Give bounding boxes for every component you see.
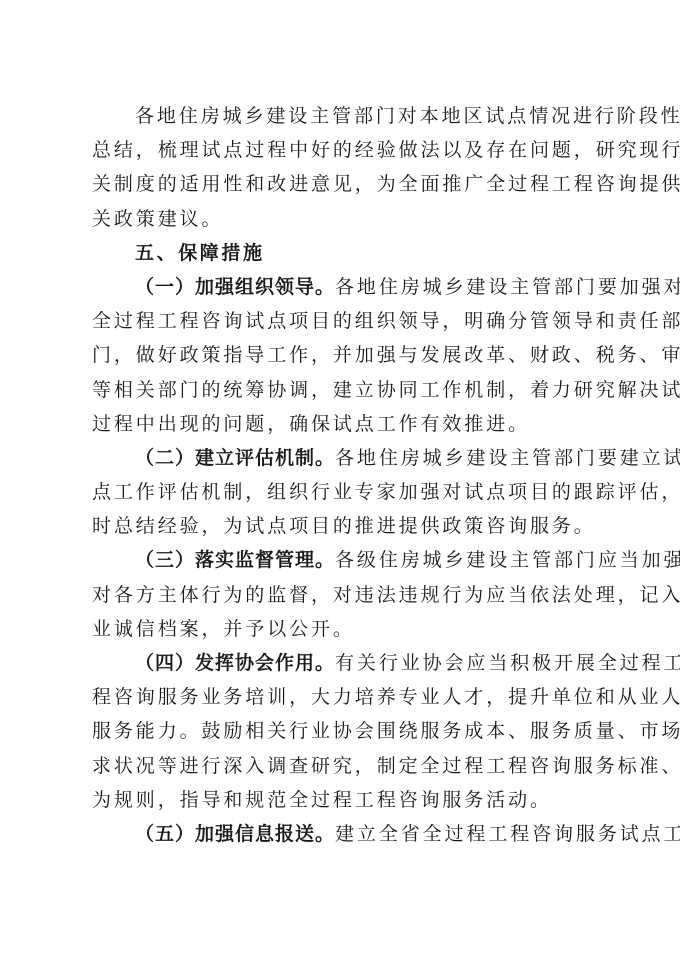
subsection-line: （四）发挥协会作用。有关行业协会应当积极开展全过程工: [92, 646, 596, 680]
subsection-title: （三）落实监督管理。: [135, 549, 335, 571]
subsection-title: （二）建立评估机制。: [135, 447, 335, 469]
line-text: 全过程工程咨询试点项目的组织领导，明确分管领导和责任部: [92, 310, 680, 332]
subsection-title: （四）发挥协会作用。: [135, 652, 335, 674]
subsection-title: （五）加强信息报送。: [135, 823, 335, 845]
line-text: 为规则，指导和规范全过程工程咨询服务活动。: [92, 789, 552, 811]
line-text: 时总结经验，为试点项目的推进提供政策咨询服务。: [92, 515, 596, 537]
line-text: 建立全省全过程工程咨询服务试点工: [335, 823, 680, 845]
paragraph-line: 门，做好政策指导工作，并加强与发展改革、财政、税务、审计: [92, 338, 596, 372]
line-text: 点工作评估机制，组织行业专家加强对试点项目的跟踪评估，及: [92, 481, 680, 503]
line-text: 程咨询服务业务培训，大力培养专业人才，提升单位和从业人员: [92, 686, 680, 708]
subsection-line: （二）建立评估机制。各地住房城乡建设主管部门要建立试: [92, 441, 596, 475]
paragraph-line: 时总结经验，为试点项目的推进提供政策咨询服务。: [92, 509, 596, 543]
subsection-line: （三）落实监督管理。各级住房城乡建设主管部门应当加强: [92, 543, 596, 577]
line-text: 各地住房城乡建设主管部门对本地区试点情况进行阶段性: [135, 105, 680, 127]
paragraph-line: 点工作评估机制，组织行业专家加强对试点项目的跟踪评估，及: [92, 475, 596, 509]
line-text: 各地住房城乡建设主管部门要建立试: [335, 447, 680, 469]
paragraph-line: 服务能力。鼓励相关行业协会围绕服务成本、服务质量、市场供: [92, 714, 596, 748]
paragraph-line: 关政策建议。: [92, 202, 596, 236]
paragraph-line: 为规则，指导和规范全过程工程咨询服务活动。: [92, 783, 596, 817]
line-text: 总结，梳理试点过程中好的经验做法以及存在问题，研究现行相: [92, 139, 680, 161]
paragraph-line: 各地住房城乡建设主管部门对本地区试点情况进行阶段性: [92, 99, 596, 133]
section-heading-text: 五、保障措施: [135, 242, 265, 264]
paragraph-line: 程咨询服务业务培训，大力培养专业人才，提升单位和从业人员: [92, 680, 596, 714]
line-text: 关制度的适用性和改进意见，为全面推广全过程工程咨询提供相: [92, 173, 680, 195]
subsection-title: （一）加强组织领导。: [135, 276, 335, 298]
paragraph-line: 求状况等进行深入调查研究，制定全过程工程咨询服务标准、行: [92, 749, 596, 783]
line-text: 业诚信档案，并予以公开。: [92, 618, 355, 640]
line-text: 服务能力。鼓励相关行业协会围绕服务成本、服务质量、市场供: [92, 720, 680, 742]
line-text: 关政策建议。: [92, 208, 223, 230]
paragraph-line: 过程中出现的问题，确保试点工作有效推进。: [92, 407, 596, 441]
line-text: 对各方主体行为的监督，对违法违规行为应当依法处理，记入企: [92, 584, 680, 606]
line-text: 过程中出现的问题，确保试点工作有效推进。: [92, 413, 530, 435]
line-text: 等相关部门的统筹协调，建立协同工作机制，着力研究解决试点: [92, 379, 680, 401]
document-page: 各地住房城乡建设主管部门对本地区试点情况进行阶段性 总结，梳理试点过程中好的经验…: [92, 99, 596, 851]
line-text: 求状况等进行深入调查研究，制定全过程工程咨询服务标准、行: [92, 755, 680, 777]
section-heading: 五、保障措施: [92, 236, 596, 270]
line-text: 有关行业协会应当积极开展全过程工: [335, 652, 680, 674]
paragraph-line: 对各方主体行为的监督，对违法违规行为应当依法处理，记入企: [92, 578, 596, 612]
paragraph-line: 总结，梳理试点过程中好的经验做法以及存在问题，研究现行相: [92, 133, 596, 167]
subsection-line: （五）加强信息报送。建立全省全过程工程咨询服务试点工: [92, 817, 596, 851]
paragraph-line: 关制度的适用性和改进意见，为全面推广全过程工程咨询提供相: [92, 167, 596, 201]
paragraph-line: 等相关部门的统筹协调，建立协同工作机制，着力研究解决试点: [92, 373, 596, 407]
paragraph-line: 业诚信档案，并予以公开。: [92, 612, 596, 646]
line-text: 各地住房城乡建设主管部门要加强对: [335, 276, 680, 298]
subsection-line: （一）加强组织领导。各地住房城乡建设主管部门要加强对: [92, 270, 596, 304]
line-text: 门，做好政策指导工作，并加强与发展改革、财政、税务、审计: [92, 344, 680, 366]
line-text: 各级住房城乡建设主管部门应当加强: [335, 549, 680, 571]
paragraph-line: 全过程工程咨询试点项目的组织领导，明确分管领导和责任部: [92, 304, 596, 338]
